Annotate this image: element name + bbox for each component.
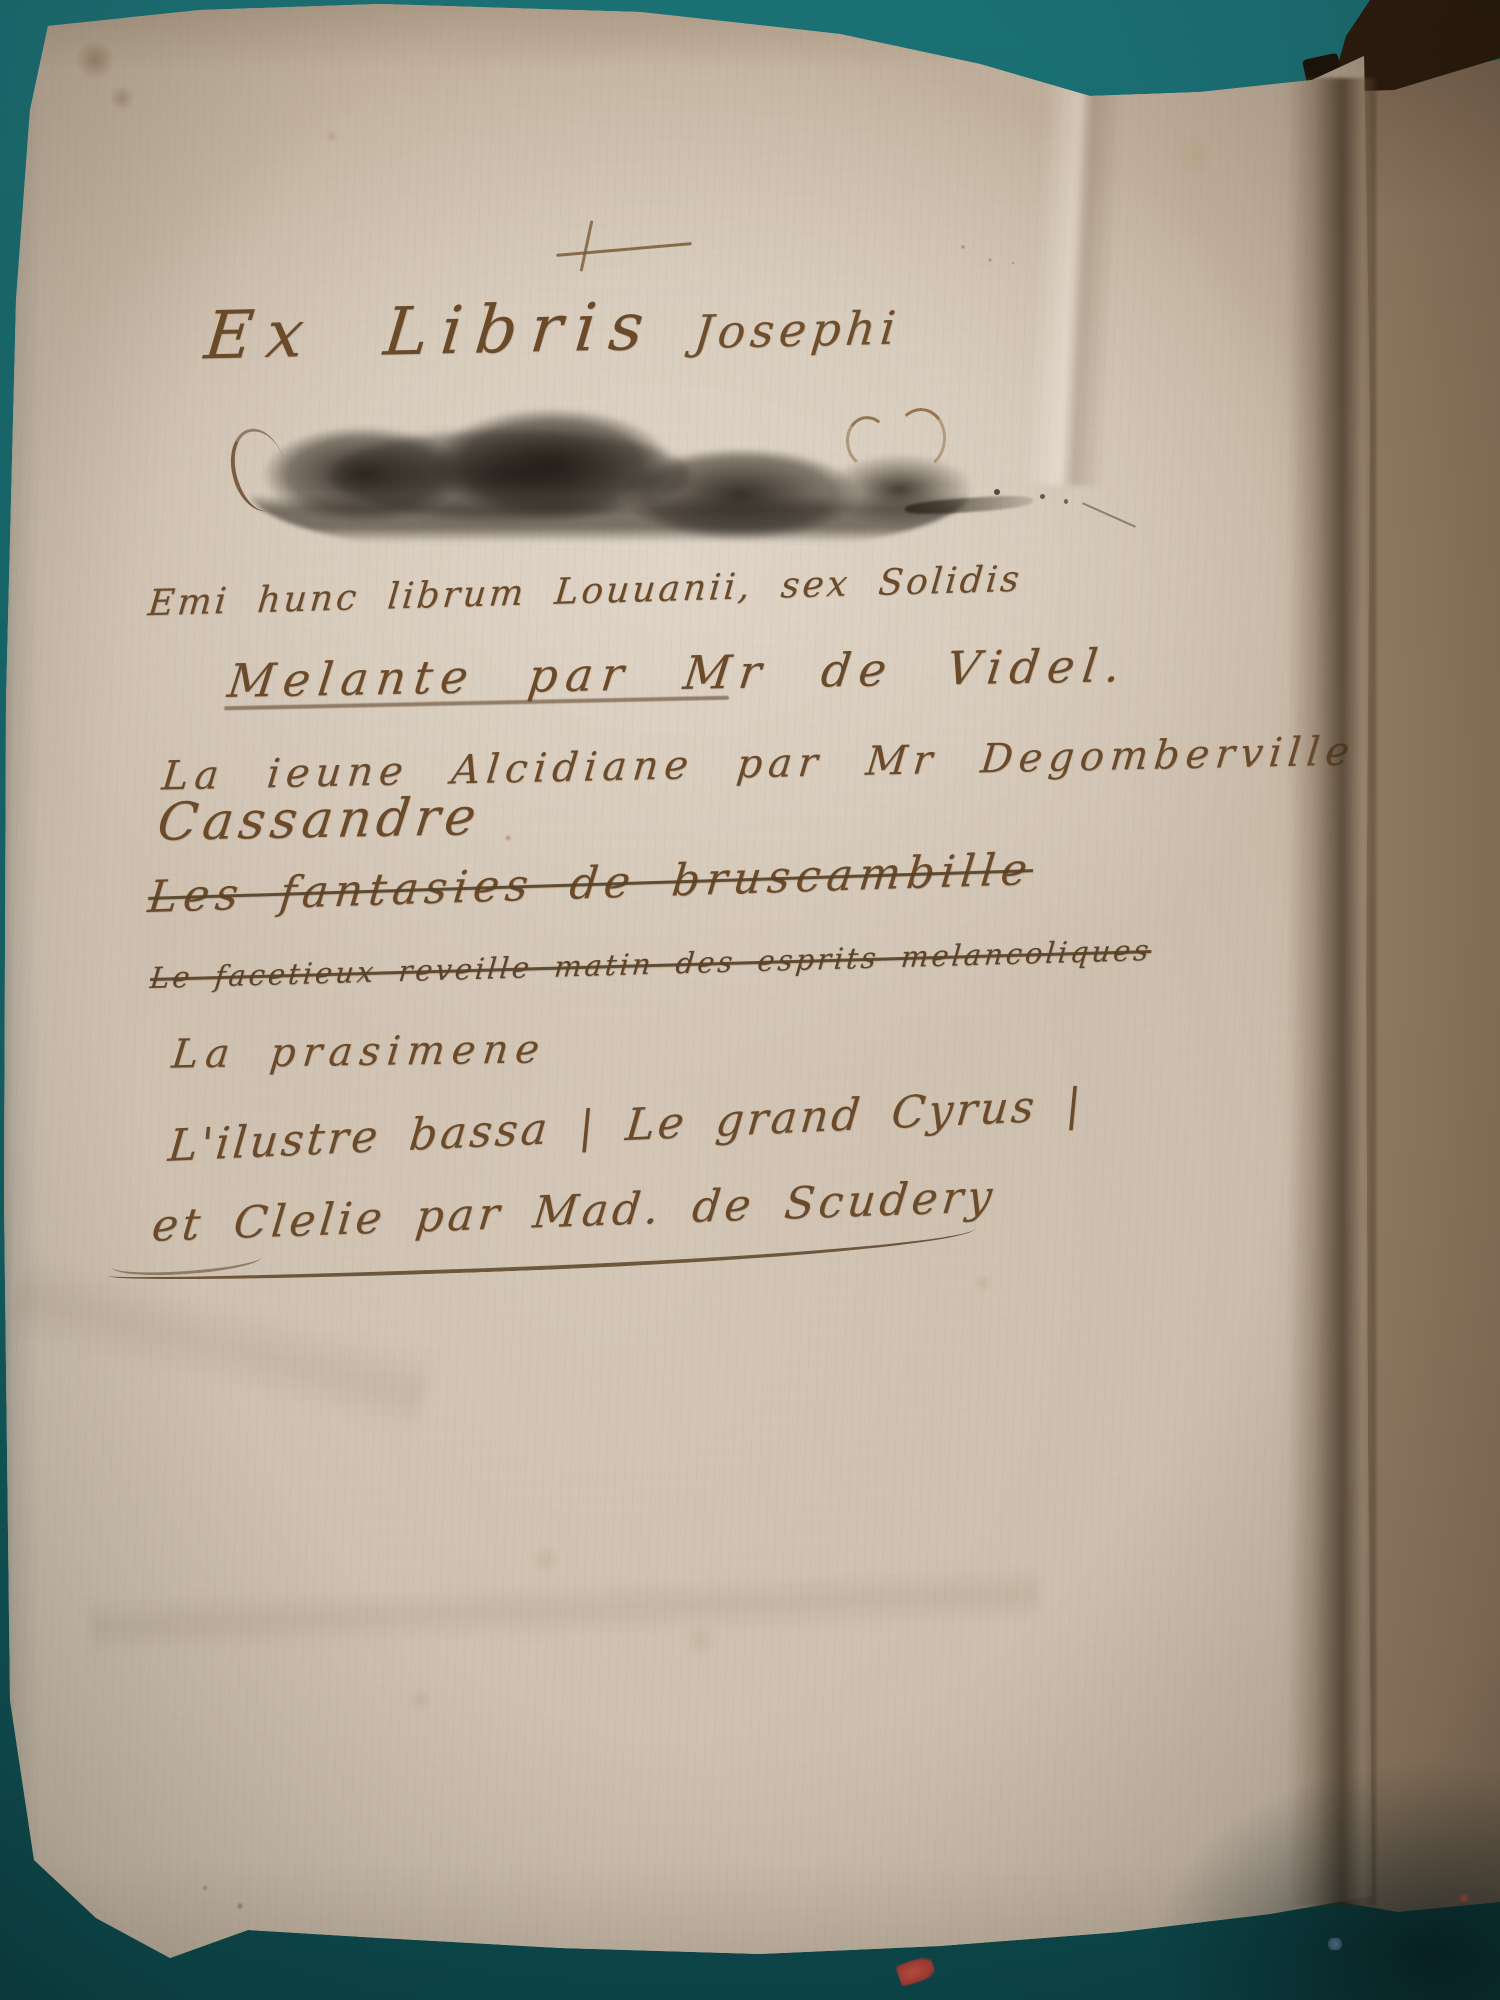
blue-paint-mark [1328, 1938, 1342, 1950]
photo-scene: Ex Libris Josephi Emi hunc librum Louuan… [0, 0, 1500, 2000]
manuscript-page: Ex Libris Josephi Emi hunc librum Louuan… [0, 0, 1500, 2000]
book-gutter-shadow [1288, 78, 1376, 1906]
manuscript-line: La prasimene [170, 1029, 548, 1074]
red-paint-mark [895, 1955, 936, 1987]
corner-shadow [1150, 1760, 1500, 2000]
manuscript-line: Cassandre [155, 791, 484, 849]
ink-speck [1040, 494, 1045, 499]
red-paint-speck [1458, 1893, 1470, 1903]
owner-name: Josephi [692, 305, 902, 355]
ink-speck [994, 489, 1000, 495]
ink-speck [1064, 499, 1068, 504]
ex-libris-text: Ex Libris [202, 294, 660, 370]
ink-blot-core [330, 430, 690, 520]
